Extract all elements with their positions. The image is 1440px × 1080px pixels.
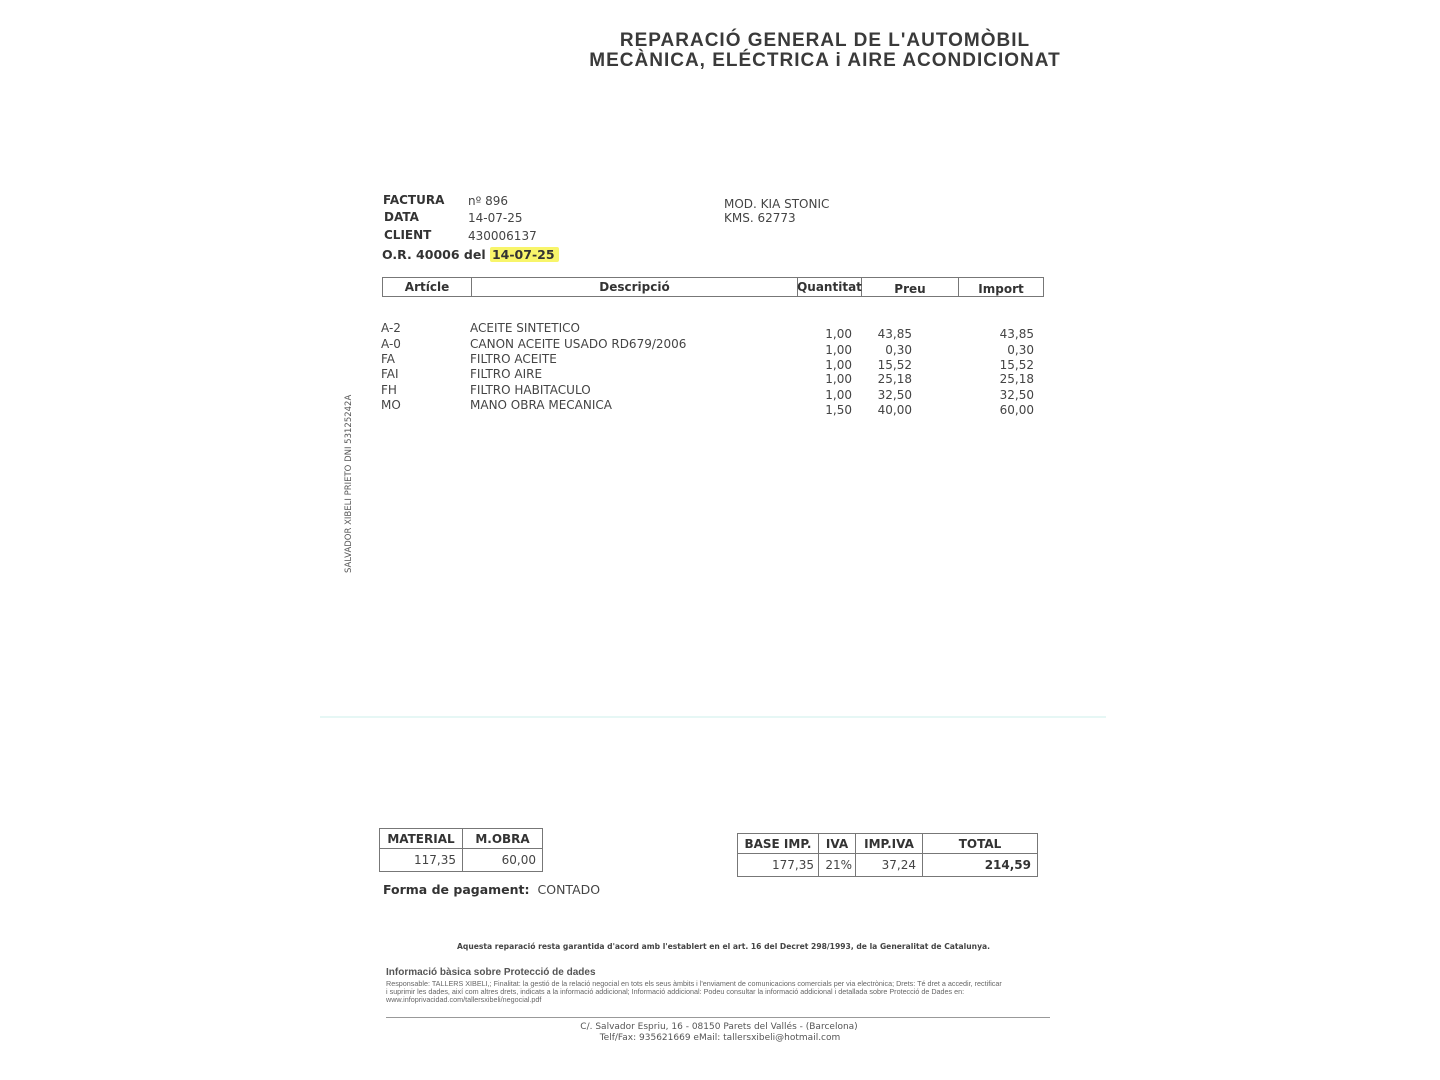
cell-article: A-2 [381,321,401,335]
side-signature-text: SALVADOR XIBELI PRIETO DNI 53125242A [344,433,354,573]
privacy-line-3: www.infoprivacidad.com/tallersxibeli/neg… [386,996,541,1004]
imp-iva-value: 37,24 [856,854,923,876]
or-line: O.R. 40006 del 14-07-25 [382,247,559,262]
subtotals-box: MATERIAL M.OBRA 117,35 60,00 [379,828,543,872]
client-value: 430006137 [468,229,537,243]
data-value: 14-07-25 [468,211,522,225]
col-quantity: Quantitat [798,278,862,296]
cell-amount: 60,00 [960,403,1034,417]
table-row: FAIFILTRO AIRE1,0025,1825,18 [0,367,1440,382]
cell-article: FA [381,352,395,366]
col-amount: Import [959,278,1043,296]
cell-description: FILTRO HABITACULO [470,383,591,397]
col-article: Artícle [383,278,472,296]
base-imp-label: BASE IMP. [738,834,819,854]
items-table-header: Artícle Descripció Quantitat Preu Import [382,277,1044,297]
base-imp-value: 177,35 [738,854,819,876]
scan-artifact-line [320,716,1106,718]
or-date-highlighted: 14-07-25 [490,247,559,262]
footer-divider [386,1017,1050,1018]
cell-quantity: 1,50 [800,403,852,417]
table-row: FHFILTRO HABITACULO1,0032,5032,50 [0,383,1440,398]
material-label: MATERIAL [380,829,463,849]
footer-address: C/. Salvador Espriu, 16 - 08150 Parets d… [0,1022,1440,1032]
payment-label: Forma de pagament: [383,882,530,897]
vehicle-kms: KMS. 62773 [724,211,796,225]
header-title-line1: REPARACIÓ GENERAL DE L'AUTOMÒBIL [575,30,1075,52]
vehicle-model: MOD. KIA STONIC [724,197,829,211]
cell-article: FH [381,383,397,397]
factura-label: FACTURA [383,193,444,207]
totals-box: BASE IMP. IVA IMP.IVA TOTAL 177,35 21% 3… [737,833,1038,877]
cell-article: MO [381,398,401,412]
imp-iva-label: IMP.IVA [856,834,923,854]
mobra-value: 60,00 [463,849,542,871]
data-label: DATA [384,210,419,224]
col-description: Descripció [472,278,798,296]
col-price: Preu [862,278,959,296]
mobra-label: M.OBRA [463,829,542,849]
privacy-title: Informació bàsica sobre Protecció de dad… [386,967,596,978]
total-value: 214,59 [923,854,1037,876]
guarantee-text: Aquesta reparació resta garantida d'acor… [457,942,990,951]
table-row: A-2ACEITE SINTETICO1,0043,8543,85 [0,321,1440,336]
factura-number: nº 896 [468,194,508,208]
cell-description: FILTRO AIRE [470,367,542,381]
cell-description: FILTRO ACEITE [470,352,557,366]
cell-description: ACEITE SINTETICO [470,321,580,335]
or-label: O.R. 40006 del [382,247,486,262]
header-title-line2: MECÀNICA, ELÉCTRICA i AIRE ACONDICIONAT [575,50,1075,72]
iva-label: IVA [819,834,856,854]
payment-line: Forma de pagament: CONTADO [383,882,600,897]
client-label: CLIENT [384,228,431,242]
footer-contact: Telf/Fax: 935621669 eMail: tallersxibeli… [0,1033,1440,1043]
total-label: TOTAL [923,834,1037,854]
table-row: MOMANO OBRA MECANICA1,5040,0060,00 [0,398,1440,413]
payment-method: CONTADO [538,882,601,897]
material-value: 117,35 [380,849,463,871]
table-row: A-0CANON ACEITE USADO RD679/20061,000,30… [0,337,1440,352]
cell-price: 40,00 [860,403,912,417]
cell-description: CANON ACEITE USADO RD679/2006 [470,337,686,351]
cell-article: A-0 [381,337,401,351]
table-row: FAFILTRO ACEITE1,0015,5215,52 [0,352,1440,367]
iva-value: 21% [819,854,856,876]
cell-article: FAI [381,367,399,381]
cell-description: MANO OBRA MECANICA [470,398,612,412]
